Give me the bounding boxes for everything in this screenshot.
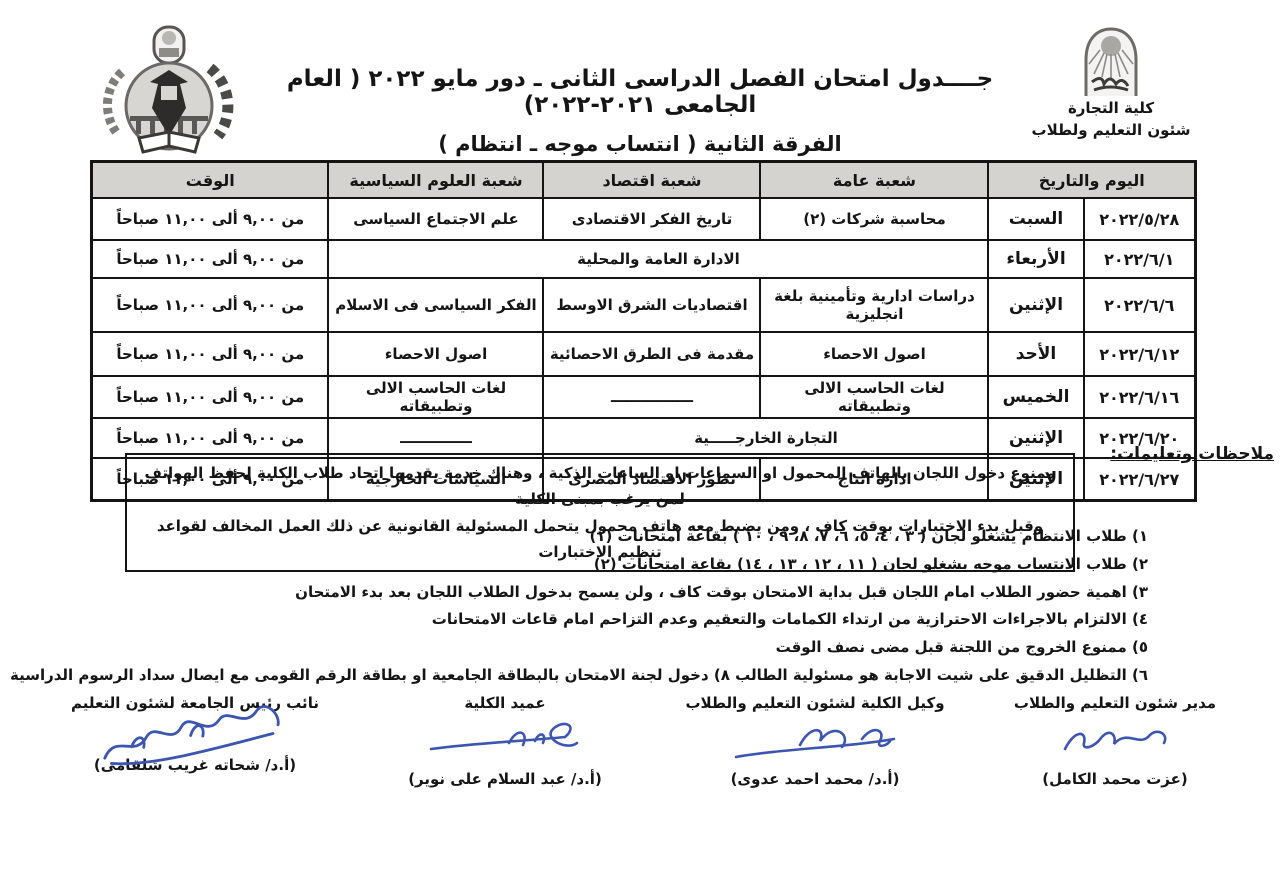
signatory-title: مدير شئون التعليم والطلاب [1005,694,1225,712]
no-exam-dash: ــــــــــــــ [328,418,543,458]
subject-general: دراسات ادارية وتأمينية بلغة انجليزية [760,278,988,332]
exam-date: ٢٠٢٢/٦/١٦ [1084,376,1196,418]
signatory-name: (أ.د/ محمد احمد عدوى) [675,770,955,788]
subject-political: اصول الاحصاء [328,332,543,376]
instruction-item-4: ٤) الالتزام بالاجراءات الاحترازية من ارت… [40,607,1148,633]
subject-all-sections: الادارة العامة والمحلية [328,240,988,278]
signature-ink-2 [675,712,955,770]
subject-general: لغات الحاسب الالى وتطبيقاته [760,376,988,418]
exam-day: الخميس [988,376,1083,418]
instruction-item-5: ٥) ممنوع الخروج من اللجنة قبل مضى نصف ال… [40,635,1148,661]
header-day-date: اليوم والتاريخ [988,162,1195,199]
exam-date: ٢٠٢٢/٦/٦ [1084,278,1196,332]
assiut-university-emblem-icon [1078,26,1144,98]
signature-ink-1 [1005,712,1225,770]
subject-general: اصول الاحصاء [760,332,988,376]
exam-date: ٢٠٢٢/٦/١٢ [1084,332,1196,376]
signatory-title: وكيل الكلية لشئون التعليم والطلاب [675,694,955,712]
table-row: ٢٠٢٢/٦/١ الأربعاء الادارة العامة والمحلي… [91,240,1195,278]
signature-block-vice-president: نائب رئيس الجامعة لشئون التعليم (أ.د/ شح… [55,694,335,788]
exam-time: من ٩,٠٠ ألى ١١,٠٠ صباحاً [91,278,328,332]
table-row: ٢٠٢٢/٦/٦ الإثنين دراسات ادارية وتأمينية … [91,278,1195,332]
instructions-list: ١) طلاب الانتظام يشغلو لجان ( ٣ ، ٤، ٥، … [40,524,1148,691]
header-general-section: شعبة عامة [760,162,988,199]
notice-line-1: ممنوع دخول اللجان بالهاتف المحمول او الس… [135,460,1065,513]
table-header-row: اليوم والتاريخ شعبة عامة شعبة اقتصاد شعب… [91,162,1195,199]
table-row: ٢٠٢٢/٥/٢٨ السبت محاسبة شركات (٢) تاريخ ا… [91,198,1195,240]
signature-block-dean: عميد الكلية (أ.د/ عبد السلام على نوير) [385,694,625,788]
exam-date: ٢٠٢٢/٥/٢٨ [1084,198,1196,240]
exam-day: الأربعاء [988,240,1083,278]
document-title: جــــدول امتحان الفصل الدراسى الثانى ـ د… [245,66,1035,156]
header-time: الوقت [91,162,328,199]
subject-general: محاسبة شركات (٢) [760,198,988,240]
exam-time: من ٩,٠٠ ألى ١١,٠٠ صباحاً [91,418,328,458]
table-row: ٢٠٢٢/٦/١٢ الأحد اصول الاحصاء مقدمة فى ال… [91,332,1195,376]
signatory-name: (أ.د/ عبد السلام على نوير) [385,770,625,788]
header-political-section: شعبة العلوم السياسية [328,162,543,199]
exam-date: ٢٠٢٢/٦/٢٧ [1084,458,1196,501]
instruction-item-2: ٢) طلاب الانتساب موجه يشغلو لجان ( ١١ ، … [40,552,1148,578]
exam-day: الإثنين [988,278,1083,332]
office-name: شئون التعليم ولطلاب [1026,120,1196,142]
subject-general-economics: التجارة الخارجـــــية [543,418,988,458]
signature-block-vice-dean: وكيل الكلية لشئون التعليم والطلاب (أ.د/ … [675,694,955,788]
signature-ink-3 [385,712,625,770]
table-row: ٢٠٢٢/٦/١٦ الخميس لغات الحاسب الالى وتطبي… [91,376,1195,418]
exam-schedule-table: اليوم والتاريخ شعبة عامة شعبة اقتصاد شعب… [90,160,1197,502]
letterhead-right: كلية التجارة شئون التعليم ولطلاب [1026,26,1196,142]
subject-political: لغات الحاسب الالى وتطبيقاته [328,376,543,418]
exam-day: الأحد [988,332,1083,376]
signatory-title: عميد الكلية [385,694,625,712]
exam-time: من ٩,٠٠ ألى ١١,٠٠ صباحاً [91,376,328,418]
exam-day: السبت [988,198,1083,240]
instruction-item-6: ٦) التظليل الدقيق على شيت الاجابة هو مسئ… [40,663,1148,689]
title-line-2: الفرقة الثانية ( انتساب موجه ـ انتظام ) [245,132,1035,156]
signature-block-student-affairs-director: مدير شئون التعليم والطلاب (عزت محمد الكا… [1005,694,1225,788]
no-exam-dash: ــــــــــــــــ [543,376,760,418]
subject-economics: اقتصاديات الشرق الاوسط [543,278,760,332]
title-line-1: جــــدول امتحان الفصل الدراسى الثانى ـ د… [245,66,1035,118]
subject-economics: تاريخ الفكر الاقتصادى [543,198,760,240]
exam-time: من ٩,٠٠ ألى ١١,٠٠ صباحاً [91,198,328,240]
exam-time: من ٩,٠٠ ألى ١١,٠٠ صباحاً [91,332,328,376]
notes-heading: ملاحظات وتعليمات: [1110,444,1274,464]
header-economics-section: شعبة اقتصاد [543,162,760,199]
exam-date: ٢٠٢٢/٦/١ [1084,240,1196,278]
exam-day: الإثنين [988,418,1083,458]
subject-political: الفكر السياسى فى الاسلام [328,278,543,332]
faculty-of-commerce-emblem-icon [92,24,244,158]
instruction-item-1: ١) طلاب الانتظام يشغلو لجان ( ٣ ، ٤، ٥، … [40,524,1148,550]
exam-time: من ٩,٠٠ ألى ١١,٠٠ صباحاً [91,240,328,278]
instruction-item-3: ٣) اهمية حضور الطلاب امام اللجان قبل بدا… [40,580,1148,606]
college-name: كلية التجارة [1026,98,1196,120]
table-row: ٢٠٢٢/٦/٢٠ الإثنين التجارة الخارجـــــية … [91,418,1195,458]
signatory-name: (عزت محمد الكامل) [1005,770,1225,788]
signatures-row: مدير شئون التعليم والطلاب (عزت محمد الكا… [55,694,1225,788]
signature-ink-4 [55,704,335,756]
subject-political: علم الاجتماع السياسى [328,198,543,240]
subject-economics: مقدمة فى الطرق الاحصائية [543,332,760,376]
